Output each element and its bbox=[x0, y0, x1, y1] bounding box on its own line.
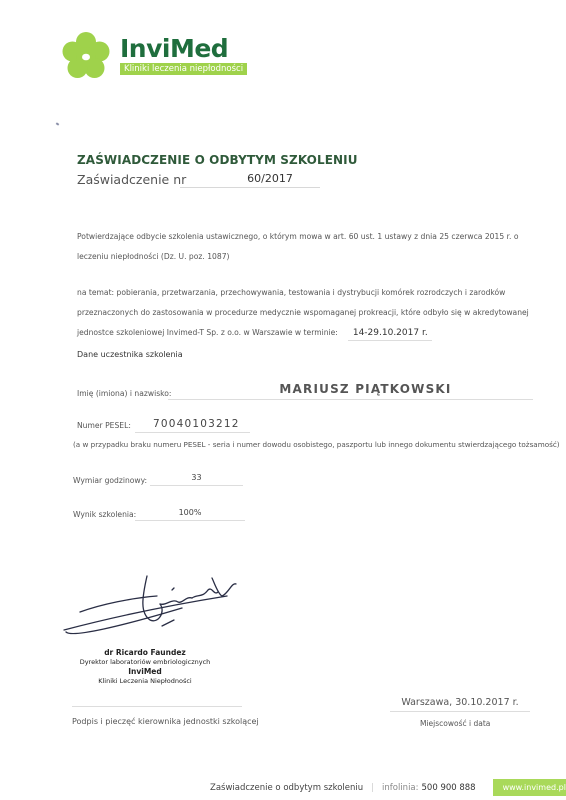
name-value: MARIUSZ PIĄTKOWSKI bbox=[168, 382, 533, 400]
place-date-value: Warszawa, 30.10.2017 r. bbox=[390, 697, 530, 712]
footer-infoline-label: infolinia: bbox=[382, 783, 419, 793]
logo-name: InviMed bbox=[120, 34, 228, 63]
logo-tagline: Kliniki leczenia niepłodności bbox=[120, 63, 247, 75]
signer-org-sub: Kliniki Leczenia Niepłodności bbox=[70, 677, 220, 686]
training-date-range: 14-29.10.2017 r. bbox=[348, 326, 432, 341]
training-topic-paragraph: na temat: pobierania, przetwarzania, prz… bbox=[77, 283, 547, 343]
confirmation-paragraph: Potwierdzające odbycie szkolenia ustawic… bbox=[77, 227, 547, 267]
participant-section-heading: Dane uczestnika szkolenia bbox=[77, 350, 183, 359]
signer-position: Dyrektor laboratoriów embriologicznych bbox=[70, 658, 220, 667]
certificate-number-label: Zaświadczenie nr bbox=[77, 172, 186, 187]
footer-website-link[interactable]: www.invimed.pl bbox=[493, 779, 566, 796]
hours-value: 33 bbox=[150, 473, 243, 486]
signature-line bbox=[72, 706, 242, 707]
result-value: 100% bbox=[135, 508, 245, 521]
document-title: ZAŚWIADCZENIE O ODBYTYM SZKOLENIU bbox=[77, 153, 358, 167]
footer-infoline-number: 500 900 888 bbox=[422, 783, 476, 793]
footer-separator: | bbox=[371, 783, 374, 793]
signature-caption: Podpis i pieczęć kierownika jednostki sz… bbox=[72, 717, 259, 726]
name-label: Imię (imiona) i nazwisko: bbox=[77, 389, 171, 398]
footer-document-name: Zaświadczenie o odbytym szkoleniu bbox=[210, 783, 363, 793]
scan-speck bbox=[56, 122, 60, 125]
signer-block: dr Ricardo Faundez Dyrektor laboratoriów… bbox=[70, 648, 220, 686]
result-label: Wynik szkolenia: bbox=[73, 510, 136, 519]
signer-org: InviMed bbox=[128, 667, 162, 676]
flower-icon bbox=[60, 30, 112, 82]
signer-name: dr Ricardo Faundez bbox=[104, 648, 186, 657]
page-footer: Zaświadczenie o odbytym szkoleniu | info… bbox=[210, 779, 566, 796]
pesel-note: (a w przypadku braku numeru PESEL - seri… bbox=[73, 440, 560, 449]
pesel-value: 70040103212 bbox=[135, 418, 250, 433]
handwritten-signature bbox=[62, 568, 262, 648]
training-topic-text: na temat: pobierania, przetwarzania, prz… bbox=[77, 288, 529, 337]
hours-label: Wymiar godzinowy: bbox=[73, 476, 147, 485]
certificate-number-value: 60/2017 bbox=[180, 172, 320, 188]
pesel-label: Numer PESEL: bbox=[77, 421, 131, 430]
place-date-caption: Miejscowość i data bbox=[420, 719, 490, 728]
